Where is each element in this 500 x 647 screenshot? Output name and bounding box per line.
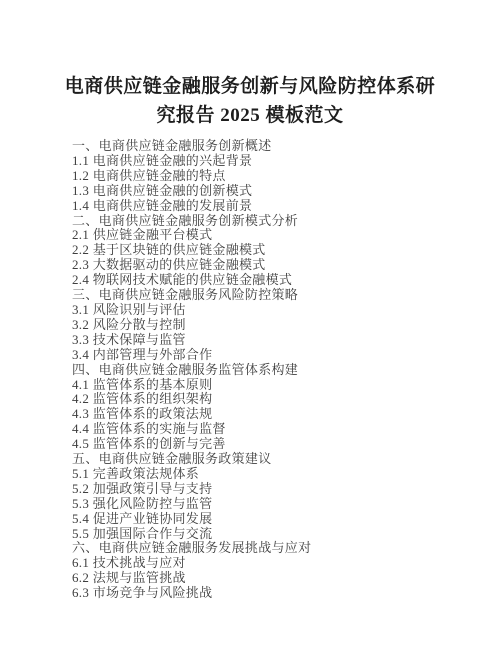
toc-item: 2.2 基于区块链的供应链金融模式 [72, 243, 460, 258]
toc-item: 5.2 加强政策引导与支持 [72, 482, 460, 497]
toc-item: 3.1 风险识别与评估 [72, 303, 460, 318]
toc-item: 4.3 监管体系的政策法规 [72, 407, 460, 422]
toc-item: 3.2 风险分散与控制 [72, 318, 460, 333]
document-title-line2: 究报告 2025 模板范文 [0, 101, 500, 130]
toc-item-chapter: 五、电商供应链金融服务政策建议 [72, 452, 460, 467]
toc-item: 1.2 电商供应链金融的特点 [72, 169, 460, 184]
toc-item: 5.4 促进产业链协同发展 [72, 512, 460, 527]
toc-item: 2.1 供应链金融平台模式 [72, 228, 460, 243]
toc-item: 6.1 技术挑战与应对 [72, 556, 460, 571]
toc-item: 1.3 电商供应链金融的创新模式 [72, 184, 460, 199]
toc-item: 4.1 监管体系的基本原则 [72, 378, 460, 393]
document-title: 电商供应链金融服务创新与风险防控体系研 究报告 2025 模板范文 [0, 0, 500, 130]
toc-item: 1.4 电商供应链金融的发展前景 [72, 199, 460, 214]
toc-item: 1.1 电商供应链金融的兴起背景 [72, 154, 460, 169]
toc-item: 5.1 完善政策法规体系 [72, 467, 460, 482]
document-page: 电商供应链金融服务创新与风险防控体系研 究报告 2025 模板范文 一、电商供应… [0, 0, 500, 647]
toc-item: 3.4 内部管理与外部合作 [72, 348, 460, 363]
toc-item: 4.5 监管体系的创新与完善 [72, 437, 460, 452]
toc-item-chapter: 六、电商供应链金融服务发展挑战与应对 [72, 541, 460, 556]
document-title-line1: 电商供应链金融服务创新与风险防控体系研 [0, 72, 500, 101]
toc-item: 6.2 法规与监管挑战 [72, 571, 460, 586]
toc-item: 4.2 监管体系的组织架构 [72, 392, 460, 407]
toc-item: 5.5 加强国际合作与交流 [72, 527, 460, 542]
toc-item: 2.4 物联网技术赋能的供应链金融模式 [72, 273, 460, 288]
toc-item-chapter: 三、电商供应链金融服务风险防控策略 [72, 288, 460, 303]
toc-item: 5.3 强化风险防控与监管 [72, 497, 460, 512]
toc-item: 4.4 监管体系的实施与监督 [72, 422, 460, 437]
toc-item: 2.3 大数据驱动的供应链金融模式 [72, 258, 460, 273]
page: { "document": { "title": { "line1": "电商供… [0, 0, 500, 647]
toc-item: 6.3 市场竞争与风险挑战 [72, 586, 460, 601]
toc-list: 一、电商供应链金融服务创新概述 1.1 电商供应链金融的兴起背景 1.2 电商供… [72, 139, 460, 601]
toc-item: 3.3 技术保障与监管 [72, 333, 460, 348]
toc-item-chapter: 二、电商供应链金融服务创新模式分析 [72, 214, 460, 229]
toc-item-chapter: 一、电商供应链金融服务创新概述 [72, 139, 460, 154]
toc-item-chapter: 四、电商供应链金融服务监管体系构建 [72, 363, 460, 378]
